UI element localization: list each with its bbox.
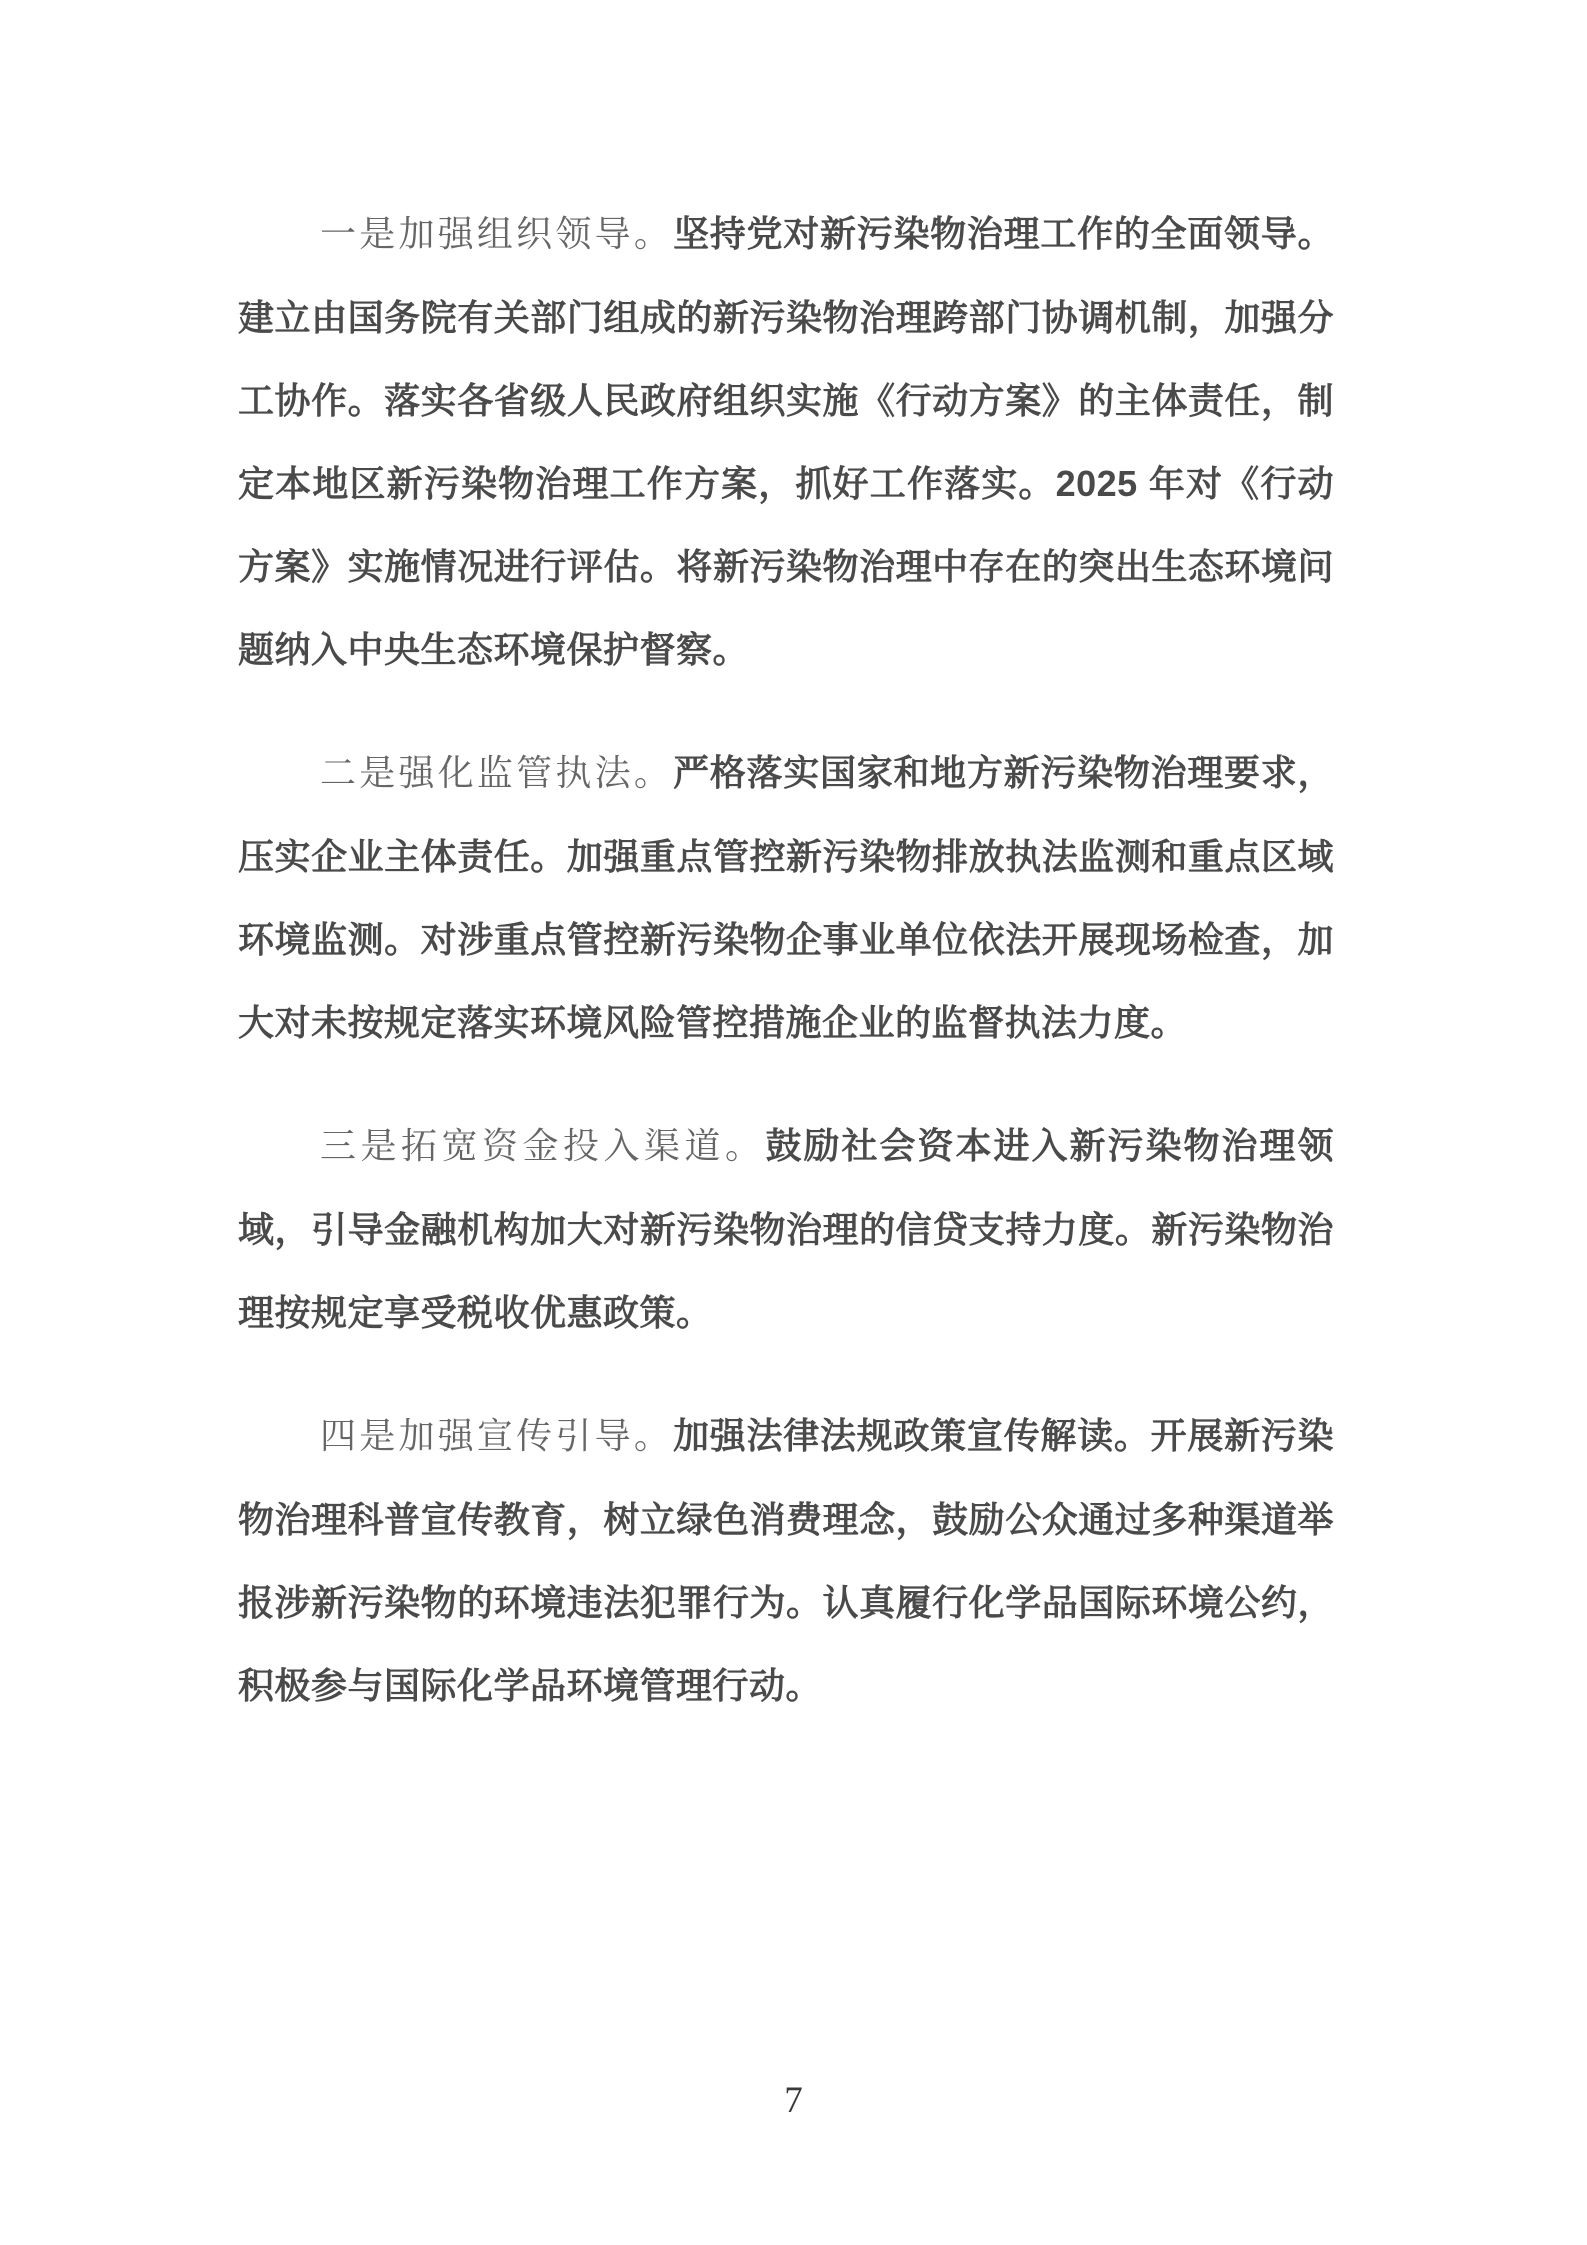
paragraph-3-lead: 三是拓宽资金投入渠道。 bbox=[320, 1126, 766, 1166]
document-page: 一是加强组织领导。坚持党对新污染物治理工作的全面领导。建立由国务院有关部门组成的… bbox=[0, 0, 1587, 2245]
paragraph-3: 三是拓宽资金投入渠道。鼓励社会资本进入新污染物治理领域，引导金融机构加大对新污染… bbox=[238, 1104, 1334, 1354]
paragraph-1: 一是加强组织领导。坚持党对新污染物治理工作的全面领导。建立由国务院有关部门组成的… bbox=[238, 192, 1334, 691]
paragraph-2-lead: 二是强化监管执法。 bbox=[320, 753, 673, 793]
paragraph-2: 二是强化监管执法。严格落实国家和地方新污染物治理要求，压实企业主体责任。加强重点… bbox=[238, 731, 1334, 1064]
paragraph-1-lead: 一是加强组织领导。 bbox=[320, 214, 673, 254]
paragraph-4-text: 加强法律法规政策宣传解读。开展新污染物治理科普宣传教育，树立绿色消费理念，鼓励公… bbox=[238, 1415, 1334, 1706]
paragraph-4-lead: 四是加强宣传引导。 bbox=[320, 1416, 673, 1456]
paragraph-2-text: 严格落实国家和地方新污染物治理要求，压实企业主体责任。加强重点管控新污染物排放执… bbox=[238, 752, 1334, 1043]
page-number: 7 bbox=[0, 2078, 1587, 2124]
paragraph-1-text: 坚持党对新污染物治理工作的全面领导。建立由国务院有关部门组成的新污染物治理跨部门… bbox=[238, 213, 1334, 670]
document-body: 一是加强组织领导。坚持党对新污染物治理工作的全面领导。建立由国务院有关部门组成的… bbox=[238, 192, 1334, 1727]
paragraph-4: 四是加强宣传引导。加强法律法规政策宣传解读。开展新污染物治理科普宣传教育，树立绿… bbox=[238, 1394, 1334, 1727]
